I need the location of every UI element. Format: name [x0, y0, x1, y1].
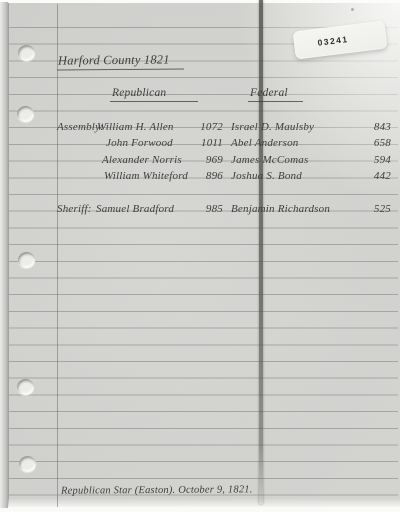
table-row-sheriff: Sheriff: Samuel Bradford 985 Benjamin Ri… — [0, 203, 400, 219]
punch-hole — [19, 456, 36, 472]
table-row-assembly-1: Assembly: William H. Allen 1072 Israel D… — [0, 121, 400, 137]
federal-votes: 843 — [360, 121, 391, 133]
punch-hole — [18, 45, 35, 61]
republican-votes: 1072 — [194, 121, 223, 133]
republican-candidate: William Whiteford — [104, 170, 188, 182]
federal-votes: 658 — [360, 137, 391, 149]
republican-candidate: Samuel Bradford — [96, 203, 174, 215]
federal-candidate: Joshua S. Bond — [231, 170, 302, 182]
margin-line — [57, 4, 58, 507]
federal-candidate: Israel D. Maulsby — [231, 121, 314, 133]
page-title: Harford County 1821 — [58, 52, 170, 68]
federal-votes: 442 — [360, 170, 391, 182]
source-citation: Republican Star (Easton). October 9, 182… — [61, 484, 253, 496]
scan-light-bottom-edge — [8, 498, 400, 512]
republican-candidate: John Forwood — [106, 137, 173, 149]
republican-votes: 969 — [194, 154, 223, 166]
republican-candidate: Alexander Norris — [102, 154, 182, 166]
page-left-edge — [0, 2, 8, 508]
ink-speck — [351, 8, 354, 11]
column-header-federal: Federal — [250, 87, 288, 99]
punch-hole — [17, 379, 34, 395]
federal-votes: 594 — [360, 154, 391, 166]
republican-votes: 985 — [194, 203, 223, 215]
federal-votes: 525 — [360, 203, 391, 215]
federal-candidate: Benjamin Richardson — [231, 203, 330, 215]
column-header-republican: Republican — [112, 87, 166, 99]
republican-header-underline — [110, 101, 198, 102]
table-row-assembly-4: William Whiteford 896 Joshua S. Bond 442 — [0, 170, 400, 186]
republican-votes: 896 — [194, 170, 223, 182]
punch-hole — [18, 252, 35, 268]
federal-header-underline — [248, 101, 303, 102]
office-label: Sheriff: — [57, 203, 92, 215]
federal-candidate: James McComas — [231, 154, 308, 166]
punch-hole — [17, 106, 34, 122]
catalog-number-text: 03241 — [317, 34, 349, 48]
table-row-assembly-3: Alexander Norris 969 James McComas 594 — [0, 154, 400, 170]
table-row-assembly-2: John Forwood 1011 Abel Anderson 658 — [0, 137, 400, 153]
republican-votes: 1011 — [194, 137, 223, 149]
federal-candidate: Abel Anderson — [231, 137, 298, 149]
republican-candidate: William H. Allen — [97, 121, 174, 133]
center-crease-line — [259, 0, 263, 504]
scanned-document-page: 03241 Harford County 1821 Republican Fed… — [0, 0, 400, 512]
